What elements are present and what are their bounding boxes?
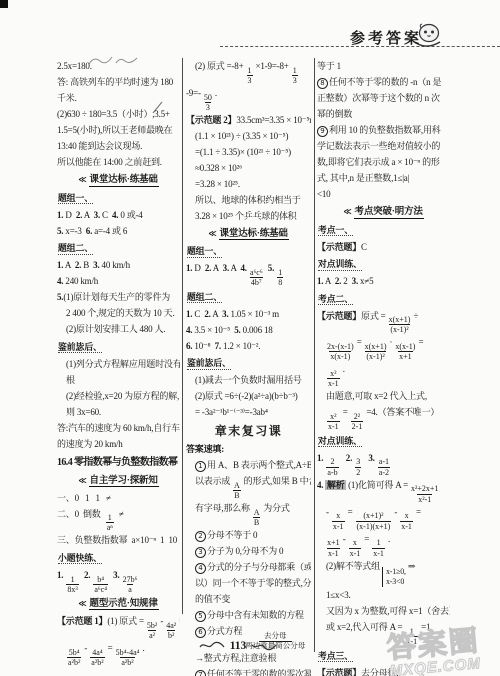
subheader-label: 考点二、 bbox=[318, 294, 353, 306]
text-line: (2)630 ÷ 180=3.5（小时）,3.5+ bbox=[57, 106, 180, 122]
lesson-title: 16.4 零指数幂与负整数指数幂 bbox=[57, 455, 180, 471]
bold-text: 1. bbox=[317, 453, 323, 463]
text-line: 9利用 10 的负整数指数幂,用科 bbox=[317, 122, 450, 138]
fraction: a-1a-2 bbox=[377, 457, 391, 476]
section-header-label: 课堂达标·练基础 bbox=[219, 229, 289, 241]
bold-text: 5. bbox=[268, 263, 274, 273]
fraction: 13 bbox=[291, 66, 299, 85]
text-line: ≈0.328 × 10²⁶ bbox=[186, 160, 311, 176]
bold-text: 2. bbox=[204, 309, 210, 319]
text-line: 13:40 能到达会议现场. bbox=[57, 138, 180, 154]
mascot-icon bbox=[412, 22, 444, 50]
fraction: 32 bbox=[354, 457, 362, 476]
text-line: (2)原计划安排工人 480 人. bbox=[57, 321, 180, 337]
text-line: 1用 A、B 表示两个整式,A÷B 可 bbox=[186, 457, 311, 473]
text-line: 由题意,可取 x=2 代入上式, bbox=[317, 388, 450, 404]
section-header-label: 课堂达标·练基础 bbox=[89, 175, 159, 187]
bold-text: 1. bbox=[186, 263, 192, 273]
fraction: b⁴a⁶c⁴ bbox=[92, 575, 109, 594]
bold-text: 2. bbox=[205, 263, 211, 273]
text-line: 千米. bbox=[57, 90, 180, 106]
fraction: 2²2-1 bbox=[350, 412, 365, 431]
fraction: x(x+1)(x-1)² bbox=[364, 342, 388, 361]
subheader-label: 对点训练、 bbox=[318, 436, 362, 448]
subheader: ◄小题快练、 bbox=[57, 549, 180, 566]
subheader-label: 对点训练、 bbox=[318, 259, 362, 271]
section-header: ≪课堂达标·练基础 bbox=[57, 172, 180, 188]
subheader-label: 考点一、 bbox=[318, 225, 353, 237]
fraction: x(x+1)(x-1)² bbox=[388, 315, 412, 334]
text-line: 2x-(x-1)x(x-1) = x(x+1)(x-1)² · x(x-1)x+… bbox=[317, 334, 450, 361]
circled-number: 3 bbox=[195, 547, 206, 558]
circled-number: 7 bbox=[195, 670, 206, 676]
text-line: 6. 10⁻⁸ 7. 1.2 × 10⁻². bbox=[186, 338, 311, 354]
section-prefix-icon: ≪ bbox=[343, 207, 351, 216]
fraction: 1x-1 bbox=[371, 538, 386, 557]
bold-text: 6. bbox=[186, 341, 192, 351]
subheader-label: 题组二、 bbox=[58, 243, 93, 255]
text-line: 7任何不等于零的数的零次幂都 bbox=[186, 666, 311, 676]
fraction: 5b⁴a²b² bbox=[66, 648, 82, 667]
text-line: 【示范题 2】33.5cm³=3.35 × 10⁻⁵m³. bbox=[186, 112, 311, 128]
text-line: 答: 高铁列车的平均时速为 180 bbox=[57, 74, 180, 90]
fraction: 13 bbox=[246, 66, 254, 85]
text-line: <10 bbox=[317, 186, 450, 202]
section-header: ≪课堂达标·练基础 bbox=[186, 226, 311, 242]
text-line: 1≤x<3. bbox=[317, 587, 450, 603]
text-line: 以表示成 AB 的形式,如果 B 中含 bbox=[186, 473, 311, 500]
text-line: 学记数法表示一些绝对值较小的 bbox=[317, 138, 450, 154]
fraction: 27b⁶a bbox=[122, 575, 139, 594]
text-line: (1.1 × 10²¹) ÷ (3.35 × 10⁻⁵) bbox=[186, 128, 311, 144]
bold-text: 2. bbox=[76, 210, 82, 220]
text-line: 【示范题】原式 = x(x+1)(x-1)² ÷ bbox=[317, 308, 450, 335]
subheader: ◄题组二、 bbox=[57, 240, 180, 257]
text-line: 又因为 x 为整数,可得 x=1（舍去） bbox=[317, 603, 450, 619]
circled-number: 2 bbox=[195, 531, 206, 542]
bold-text: 【示范题 2】 bbox=[186, 115, 236, 125]
column-left: 2.5x=180.答: 高铁列车的平均时速为 180千米.(2)630 ÷ 18… bbox=[57, 58, 180, 667]
fraction: AB bbox=[252, 508, 261, 527]
text-line: 正整数）次幂等于这个数的 n 次 bbox=[317, 90, 450, 106]
column-divider-right bbox=[314, 58, 315, 652]
bold-text: 3. bbox=[223, 263, 229, 273]
text-line: 3.28 × 10²⁵ 个乒乓球的体积 bbox=[186, 208, 311, 224]
fraction: 18x³ bbox=[65, 575, 79, 594]
bold-text: 4. bbox=[317, 480, 323, 490]
text-line: 4. 3.5 × 10⁻⁵ 5. 0.006 18 bbox=[186, 322, 311, 338]
text-line: 1. D 2. A 3. A 4. a⁶c⁶4b⁷ 5. 18 bbox=[186, 260, 311, 287]
bold-text: 3. bbox=[368, 453, 374, 463]
chapter-title: 章末复习课 bbox=[186, 423, 311, 439]
bold-text: 3. bbox=[352, 276, 358, 286]
bold-text: 2. bbox=[75, 260, 81, 270]
text-line: (1)列分式方程解应用题时没有验 bbox=[57, 356, 180, 372]
inequality-system: x-1≥0,x-3<0 bbox=[382, 567, 406, 588]
section-prefix-icon: ≪ bbox=[78, 175, 86, 184]
section-header: ≪考点突破·明方法 bbox=[317, 204, 450, 220]
text-line: 答案速填: bbox=[186, 441, 311, 457]
bold-text: 2. bbox=[84, 570, 90, 580]
text-line: 1. D 2. A 3. C 4. 0 或-4 bbox=[57, 207, 180, 223]
text-line: x+1x-1 - xx-1 = 1x-1 . bbox=[317, 531, 450, 558]
subheader-label: 考点三、 bbox=[318, 651, 353, 663]
text-line: 1.5=5(小时),所以王老师最晚在 bbox=[57, 122, 180, 138]
flourish-right-icon bbox=[251, 641, 277, 651]
text-line: 有字母,那么称 AB 为分式 bbox=[186, 500, 311, 527]
subheader: ◄鉴前毖后、 bbox=[57, 338, 180, 355]
bold-text: 2. bbox=[346, 453, 352, 463]
section-prefix-icon: ≪ bbox=[78, 476, 86, 485]
highlighted-label: 解析 bbox=[325, 480, 346, 490]
bold-text: 2. bbox=[335, 276, 341, 286]
text-line: (2) 原式 =-8+ 13 ×1-9=-8+ 13 bbox=[186, 58, 311, 85]
text-line: 5. x=-3 6. a=-4 或 6 bbox=[57, 223, 180, 239]
text-line: 【示范题】C bbox=[317, 239, 450, 255]
bold-text: 4. bbox=[57, 276, 63, 286]
text-line: 1. A 2. B 3. 40 km/h bbox=[57, 257, 180, 273]
fraction: 5b²a² bbox=[146, 621, 158, 640]
text-line: 5分母中含有未知数的方程 bbox=[186, 607, 311, 623]
circled-number: 4 bbox=[195, 563, 206, 574]
text-line: 数,即将它们表示成 a × 10⁻ⁿ 的形 bbox=[317, 154, 450, 170]
text-line: =(1.1 ÷ 3.35)× (10²¹ ÷ 10⁻⁵) bbox=[186, 144, 311, 160]
text-line: 根 bbox=[57, 372, 180, 388]
subheader: ◄考点三、 bbox=[317, 647, 450, 664]
fraction: x²x-1 bbox=[326, 369, 341, 388]
bold-text: 1. bbox=[57, 570, 63, 580]
page-number-block: 113 bbox=[188, 640, 288, 652]
text-line: 1. A 2. 2 3. x≠5 bbox=[317, 273, 450, 289]
text-line: 1. 2a-b 2. 32 3. a-1a-2 bbox=[317, 450, 450, 477]
bold-text: 3. bbox=[94, 210, 100, 220]
text-line: 二、0 倒数 1aⁿ ≠ bbox=[57, 506, 180, 533]
text-line: 3分子为 0,分母不为 0 bbox=[186, 543, 311, 559]
text-line: = -3a²⁻¹b¹⁻⁽⁻³⁾=-3ab⁴ bbox=[186, 404, 311, 420]
circled-number: 9 bbox=[317, 126, 328, 137]
fraction: x(x-1)x+1 bbox=[394, 342, 416, 361]
bold-text: 1. bbox=[57, 210, 63, 220]
bold-text: 【示范题】 bbox=[317, 311, 361, 321]
text-line: →整式方程,注意验根 bbox=[186, 650, 311, 666]
flourish-left-icon bbox=[199, 641, 225, 651]
text-line: 【示范题】去分母得: bbox=[317, 665, 450, 676]
text-line: 4. 解析 (1)化简可得 A = x²+2x+1x²-1 bbox=[317, 477, 450, 504]
text-line: =3.28 × 10²⁵. bbox=[186, 176, 311, 192]
bold-text: 7. bbox=[215, 341, 221, 351]
text-line: - xx-1 = (x+1)²(x-1)(x+1) - xx-1 = bbox=[317, 504, 450, 531]
bold-text: 1. bbox=[57, 260, 63, 270]
text-line: 5b⁴a²b² - 4a⁴a²b² = 5b⁴-4a⁴a²b² . bbox=[57, 640, 180, 667]
text-line: 4. 240 km/h bbox=[57, 273, 180, 289]
fraction: 18 bbox=[276, 268, 284, 287]
text-line: 5.(1)原计划每天生产的零件为 bbox=[57, 289, 180, 305]
text-line: 等于 1 bbox=[317, 58, 450, 74]
fraction: a⁶c⁶4b⁷ bbox=[249, 268, 264, 287]
fraction: xx-1 bbox=[399, 511, 414, 530]
fraction: x²+2x+1x²-1 bbox=[410, 484, 439, 503]
bold-text: 5. bbox=[57, 226, 63, 236]
bold-text: 1. bbox=[186, 309, 192, 319]
bold-text: 5. bbox=[57, 292, 63, 302]
fraction: 1aⁿ bbox=[105, 513, 115, 532]
bold-text: 6. bbox=[86, 226, 92, 236]
subheader-label: 题组一、 bbox=[58, 193, 93, 205]
subheader: ◄题组二、 bbox=[186, 288, 311, 305]
circled-number: 8 bbox=[317, 78, 328, 89]
text-line: 1. C 2. A 3. 1.05 × 10⁻³ m bbox=[186, 306, 311, 322]
fraction: xx-1 bbox=[348, 538, 363, 557]
section-header-label: 题型示范·知规律 bbox=[89, 599, 159, 611]
text-line: 2.5x=180. bbox=[57, 58, 180, 74]
answer-key-page: 参考答案 2.5x=180.答: 高铁列车的平均时速为 180千米.(2)630… bbox=[0, 0, 500, 676]
text-line: 或 x=2,代入可得 A = 1x-1 =1. bbox=[317, 619, 450, 646]
text-line: 则 3x=60. bbox=[57, 404, 180, 420]
column-divider-left bbox=[182, 58, 183, 614]
text-line: 式, 其中,n 是正整数,1≤|a| bbox=[317, 170, 450, 186]
subheader: ◄鉴前毖后、 bbox=[186, 355, 311, 372]
bold-text: 4. bbox=[240, 263, 246, 273]
bold-text: 3. bbox=[93, 260, 99, 270]
fraction: (x+1)²(x-1)(x+1) bbox=[355, 511, 393, 530]
text-line: x²x-1 = 2²2-1 =4.（答案不唯一） bbox=[317, 404, 450, 431]
fraction: 5b⁴-4a⁴a²b² bbox=[115, 648, 141, 667]
text-line: (1)减去一个负数时漏用括号 bbox=[186, 372, 311, 388]
section-prefix-icon: ≪ bbox=[208, 229, 216, 238]
text-line: 1. 18x³ 2. b⁴a⁶c⁴ 3. 27b⁶a bbox=[57, 567, 180, 594]
subheader: ◄考点二、 bbox=[317, 290, 450, 307]
text-line: x²x-1 . bbox=[317, 361, 450, 388]
text-line: 4分式的分子与分母都乘（或除 bbox=[186, 559, 311, 575]
fraction: 2x-(x-1)x(x-1) bbox=[326, 342, 355, 361]
bold-text: 3. bbox=[113, 570, 119, 580]
text-line: 所以他能在 14:00 之前赶到. bbox=[57, 154, 180, 170]
text-line: 2分母不等于 0 bbox=[186, 527, 311, 543]
text-line: 三、负整数指数幂 a×10⁻ⁿ 1 10 bbox=[57, 532, 180, 548]
column-middle: (2) 原式 =-8+ 13 ×1-9=-8+ 13-9=- 503 .【示范题… bbox=[186, 58, 311, 676]
bold-text: 3. bbox=[222, 309, 228, 319]
text-line: 所以、地球的体积约相当于 bbox=[186, 192, 311, 208]
subheader: ◄对点训练、 bbox=[317, 432, 450, 449]
section-header: ≪题型示范·知规律 bbox=[57, 596, 180, 612]
text-line: 【示范题 1】(1) 原式 = 5b²a² - 4a²b² = bbox=[57, 613, 180, 640]
fraction: 2a-b bbox=[325, 457, 339, 476]
fraction: 1x-1 bbox=[404, 627, 419, 646]
fraction: xx-1 bbox=[331, 511, 346, 530]
circled-number: 1 bbox=[195, 461, 206, 472]
bold-text: 答案速填: bbox=[186, 444, 224, 454]
text-line: 的速度为 20 km/h bbox=[57, 436, 180, 452]
scan-corner-artifact bbox=[0, 0, 8, 8]
circled-number: 6 bbox=[195, 627, 206, 638]
bold-text: 1. bbox=[317, 276, 323, 286]
text-line: 2 400 个,规定的天数为 10 天. bbox=[57, 305, 180, 321]
text-line: 幂的倒数 bbox=[317, 106, 450, 122]
text-line: (2)经检验,x=20 为原方程的解, bbox=[57, 388, 180, 404]
text-line: 一、0 1 1 ≠ bbox=[57, 490, 180, 506]
subheader: ◄考点一、 bbox=[317, 221, 450, 238]
fraction: x+1x-1 bbox=[326, 538, 341, 557]
section-header-label: 考点突破·明方法 bbox=[354, 207, 424, 219]
fraction: 503 bbox=[203, 93, 213, 112]
bold-text: 【示范题】 bbox=[317, 668, 361, 676]
text-line: 的值不变 bbox=[186, 591, 311, 607]
fraction: x²x-1 bbox=[326, 412, 341, 431]
bold-text: 4. bbox=[186, 325, 192, 335]
section-header: ≪自主学习·探新知 bbox=[57, 473, 180, 489]
text-line: (2)解不等式组 x-1≥0,x-3<0 ⇒ bbox=[317, 558, 450, 588]
subheader: ◄题组一、 bbox=[57, 189, 180, 206]
bold-text: 4. bbox=[112, 210, 118, 220]
subheader-label: 题组一、 bbox=[187, 246, 222, 258]
section-header-label: 自主学习·探新知 bbox=[89, 476, 159, 488]
column-right: 等于 18任何不等于零的数的 -n（n 是正整数）次幂等于这个数的 n 次幂的倒… bbox=[317, 58, 450, 676]
page-number: 113 bbox=[230, 640, 247, 652]
text-line: 8任何不等于零的数的 -n（n 是 bbox=[317, 74, 450, 90]
fraction: 4a⁴a²b² bbox=[89, 648, 105, 667]
subheader-label: 题组二、 bbox=[187, 292, 222, 304]
subheader-label: 小题快练、 bbox=[58, 553, 102, 565]
fraction: AB bbox=[232, 481, 241, 500]
subheader: ◄题组一、 bbox=[186, 243, 311, 260]
bold-text: 5. bbox=[234, 325, 240, 335]
text-line: (2)原式 =6÷(-2)(a²÷a)(b÷b⁻³) bbox=[186, 388, 311, 404]
subheader: ◄对点训练、 bbox=[317, 256, 450, 273]
text-line: 以）同一个不等于零的整式,分式 bbox=[186, 575, 311, 591]
bold-text: 【示范题 1】 bbox=[57, 616, 107, 626]
text-line: 答:汽车的速度为 60 km/h,自行车 bbox=[57, 420, 180, 436]
text-line: -9=- 503 . bbox=[186, 85, 311, 112]
bold-text: 【示范题】 bbox=[317, 242, 361, 252]
subheader-label: 鉴前毖后、 bbox=[58, 342, 102, 354]
circled-number: 5 bbox=[195, 611, 206, 622]
section-prefix-icon: ≪ bbox=[78, 599, 86, 608]
subheader-label: 鉴前毖后、 bbox=[187, 358, 231, 370]
fraction: 4a²b² bbox=[165, 621, 177, 640]
